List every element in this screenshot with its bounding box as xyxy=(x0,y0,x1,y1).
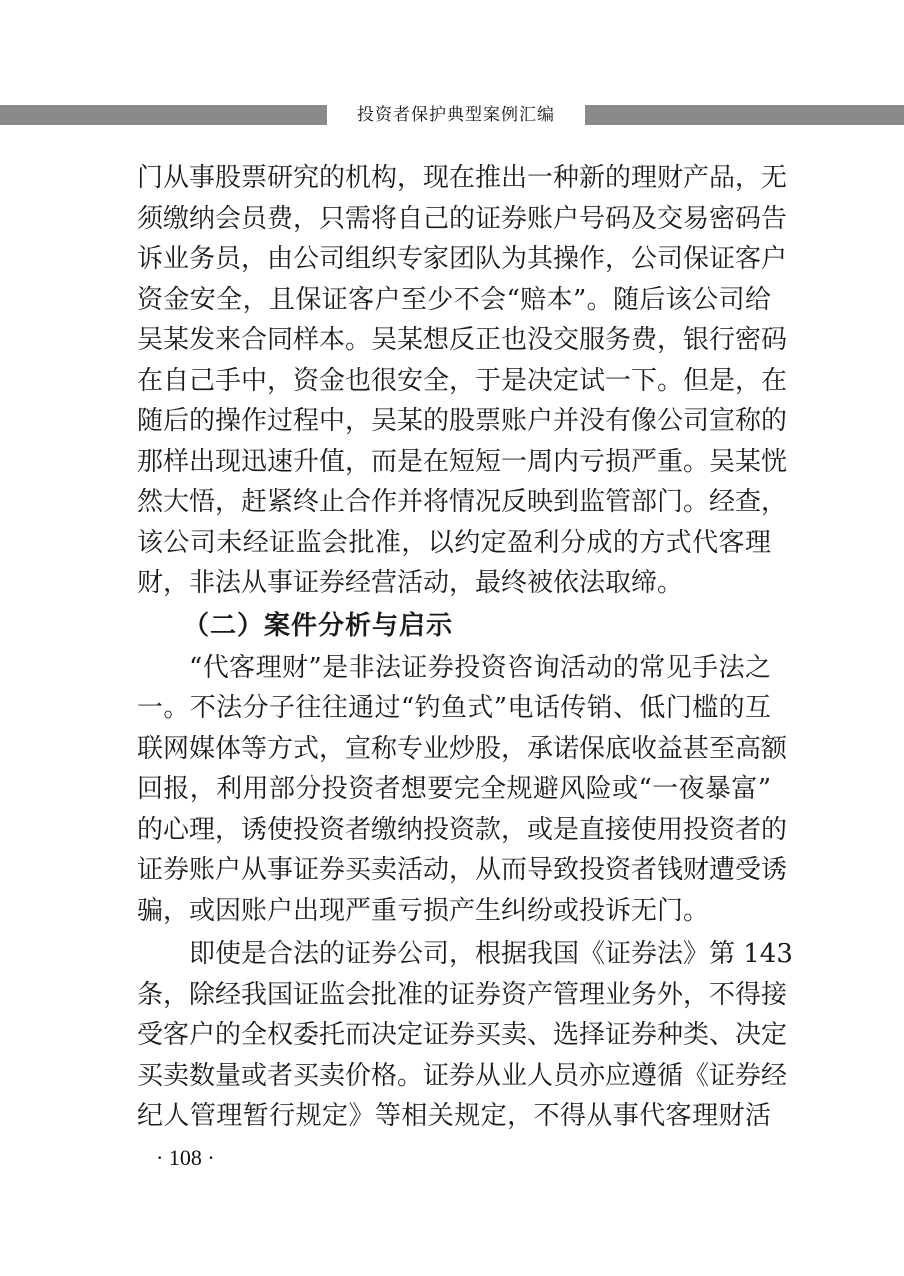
text-line: 买卖数量或者买卖价格。证券从业人员亦应遵循《证券经 xyxy=(137,1056,771,1097)
text-line: 该公司未经证监会批准，以约定盈利分成的方式代客理 xyxy=(137,523,771,564)
text-line: 那样出现迅速升值，而是在短短一周内亏损严重。吴某恍 xyxy=(137,442,771,483)
case-paragraph: 门从事股票研究的机构，现在推出一种新的理财产品，无 须缴纳会员费，只需将自己的证… xyxy=(137,158,771,604)
text-line: 然大悟，赶紧终止合作并将情况反映到监管部门。经查， xyxy=(137,482,771,523)
text-line: 资金安全，且保证客户至少不会“赔本”。随后该公司给 xyxy=(137,280,771,321)
text-line: “代客理财”是非法证券投资咨询活动的常见手法之 xyxy=(137,648,771,689)
text-line: 联网媒体等方式，宣称专业炒股，承诺保底收益甚至高额 xyxy=(137,729,771,770)
analysis-paragraph-1: “代客理财”是非法证券投资咨询活动的常见手法之 一。不法分子往往通过“钓鱼式”电… xyxy=(137,648,771,932)
header-bar-right xyxy=(585,105,904,125)
text-line: 的心理，诱使投资者缴纳投资款，或是直接使用投资者的 xyxy=(137,810,771,851)
text-line: 门从事股票研究的机构，现在推出一种新的理财产品，无 xyxy=(137,158,771,199)
text-line: 回报，利用部分投资者想要完全规避风险或“一夜暴富” xyxy=(137,769,771,810)
analysis-paragraph-2: 即使是合法的证券公司，根据我国《证券法》第 143 条，除经我国证监会批准的证券… xyxy=(137,934,771,1137)
text-line: 骗，或因账户出现严重亏损产生纠纷或投诉无门。 xyxy=(137,891,771,932)
text-line: 随后的操作过程中，吴某的股票账户并没有像公司宣称的 xyxy=(137,401,771,442)
text-line: 证券账户从事证券买卖活动，从而导致投资者钱财遭受诱 xyxy=(137,850,771,891)
text-line: 纪人管理暂行规定》等相关规定，不得从事代客理财活 xyxy=(137,1096,771,1137)
text-line: 吴某发来合同样本。吴某想反正也没交服务费，银行密码 xyxy=(137,320,771,361)
body-text: 门从事股票研究的机构，现在推出一种新的理财产品，无 须缴纳会员费，只需将自己的证… xyxy=(137,158,771,1137)
text-line: 条，除经我国证监会批准的证券资产管理业务外，不得接 xyxy=(137,975,771,1016)
text-line: 一。不法分子往往通过“钓鱼式”电话传销、低门槛的互 xyxy=(137,688,771,729)
text-line: 在自己手中，资金也很安全，于是决定试一下。但是，在 xyxy=(137,361,771,402)
text-line: 须缴纳会员费，只需将自己的证券账户号码及交易密码告 xyxy=(137,199,771,240)
text-line: 诉业务员，由公司组织专家团队为其操作，公司保证客户 xyxy=(137,239,771,280)
text-line: 受客户的全权委托而决定证券买卖、选择证券种类、决定 xyxy=(137,1015,771,1056)
text-line: 财，非法从事证券经营活动，最终被依法取缔。 xyxy=(137,563,771,604)
section-heading: （二）案件分析与启示 xyxy=(137,604,771,648)
page-number: · 108 · xyxy=(156,1144,215,1172)
running-title: 投资者保护典型案例汇编 xyxy=(327,102,585,128)
header-bar-left xyxy=(0,105,327,125)
text-line: 即使是合法的证券公司，根据我国《证券法》第 143 xyxy=(137,934,771,975)
